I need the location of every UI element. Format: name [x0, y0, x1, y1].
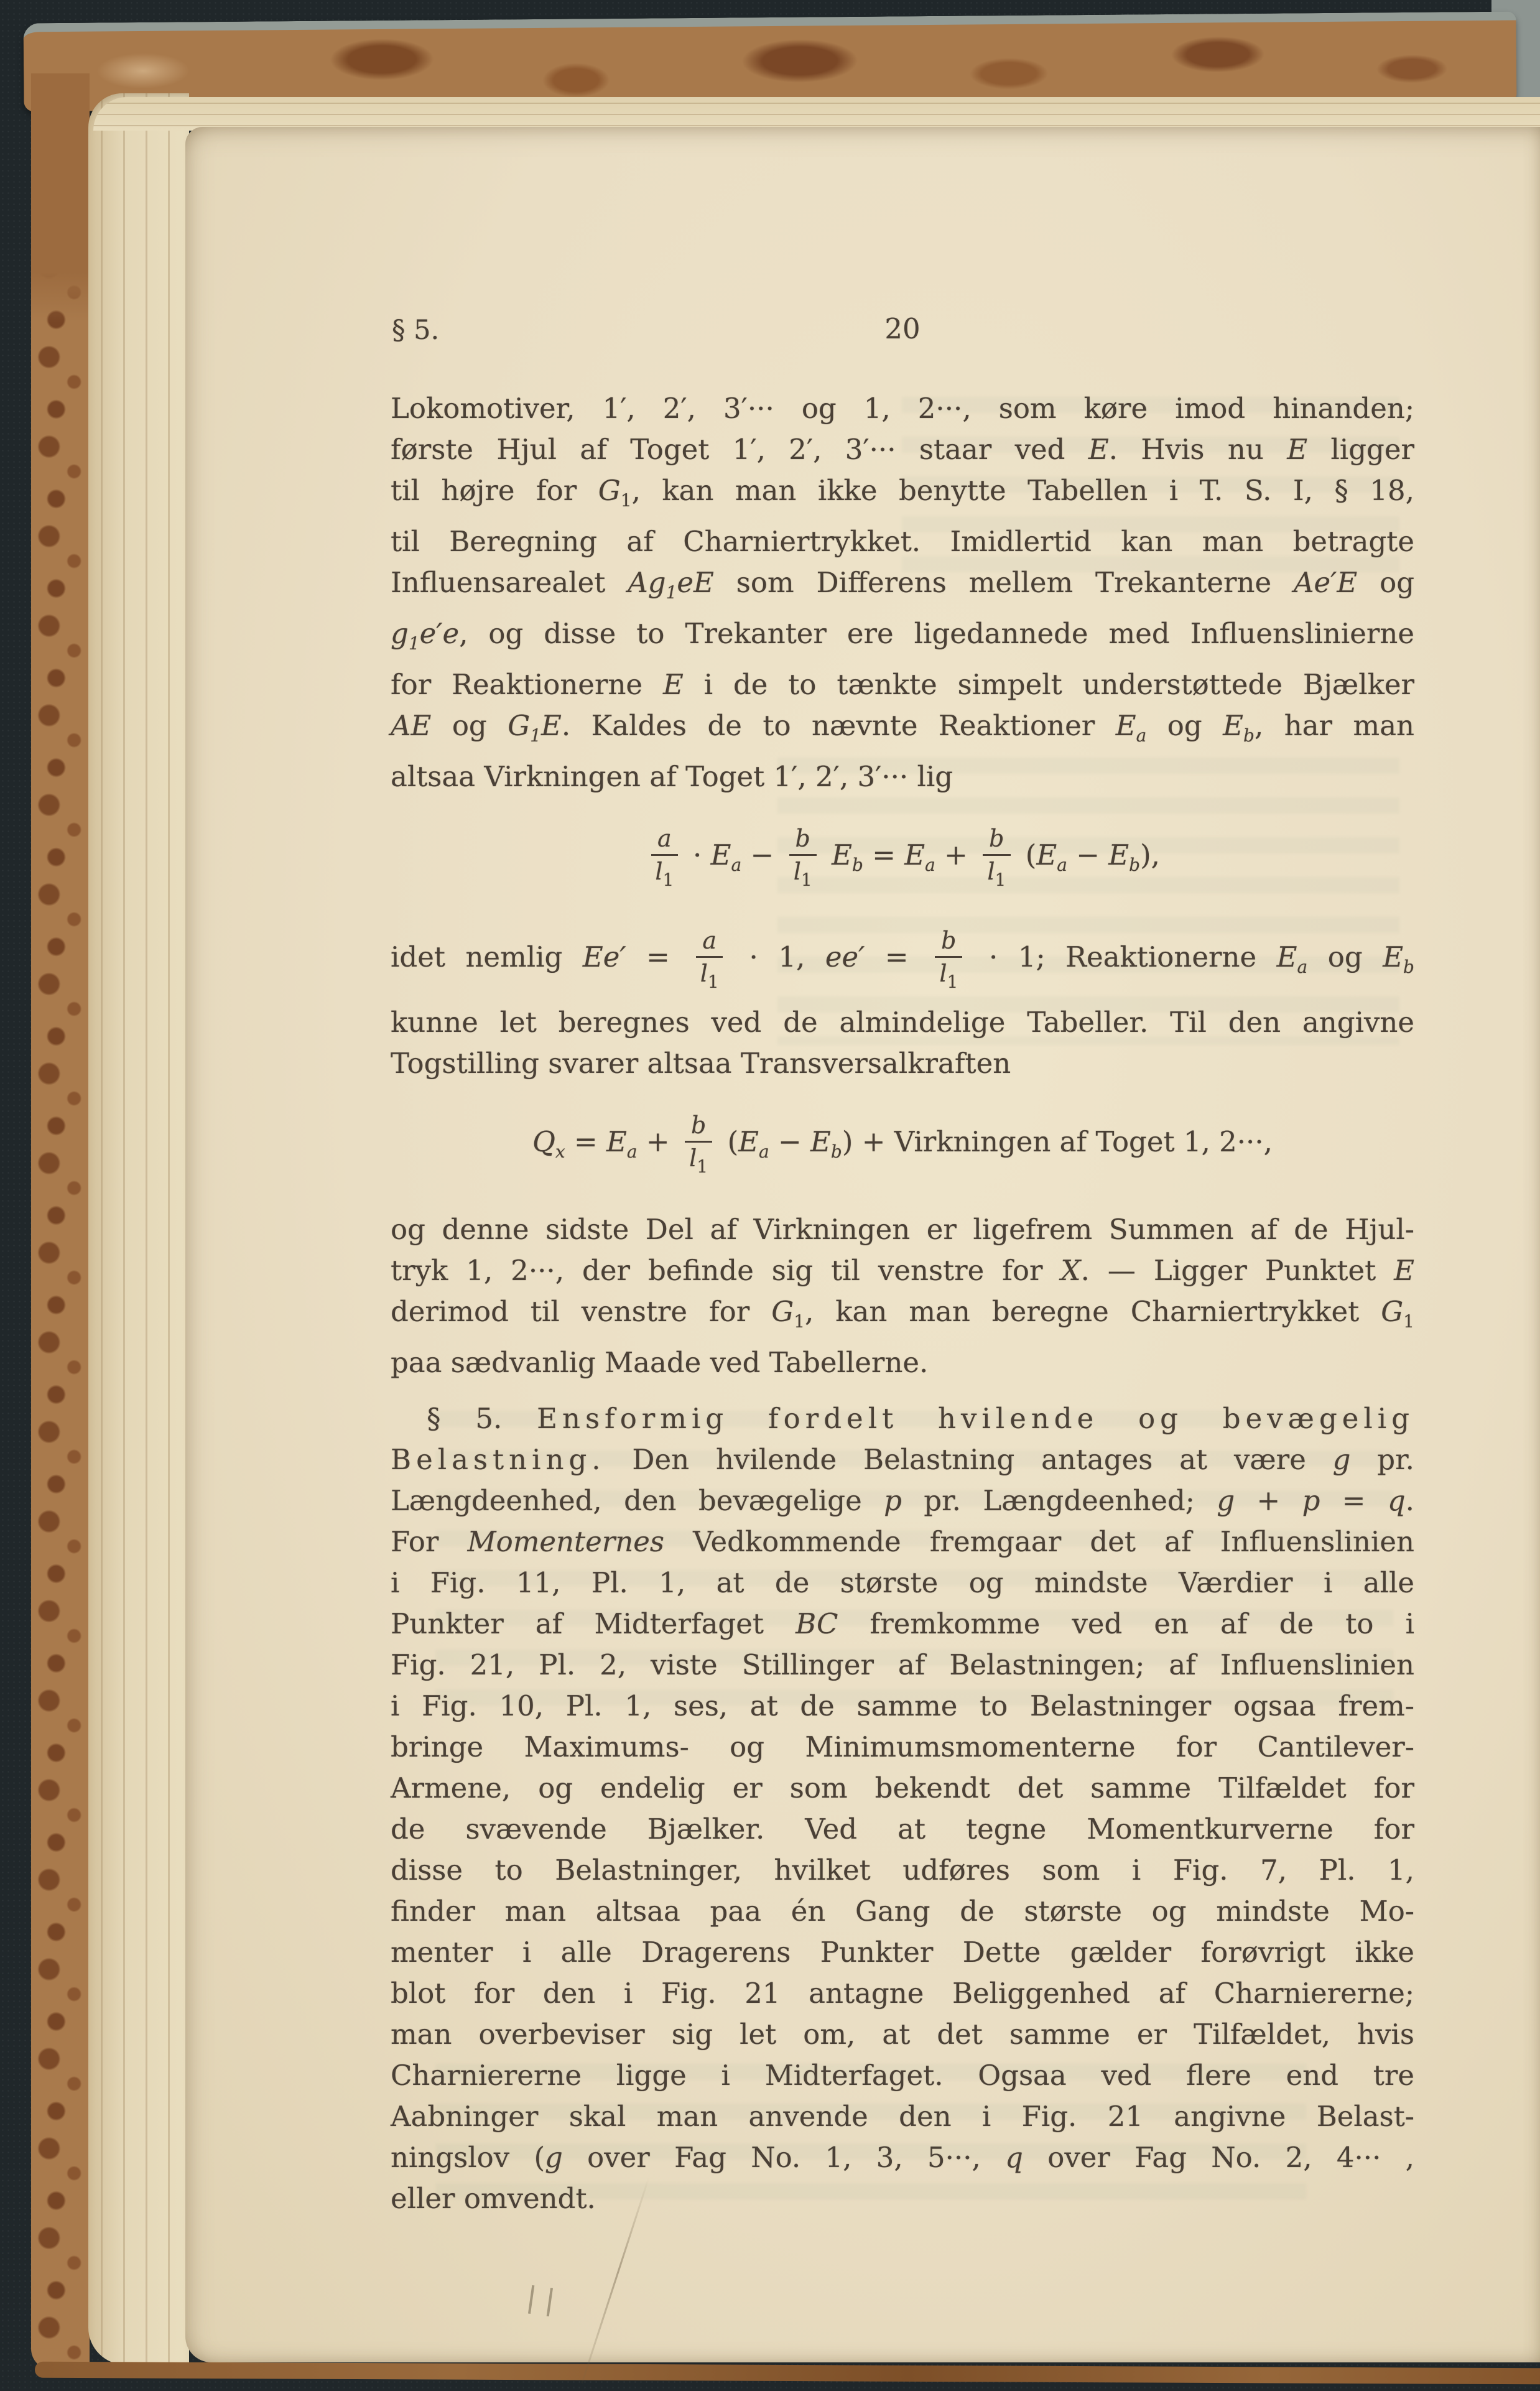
text-run: = [863, 838, 904, 871]
text-run: derimod til venstre for [391, 1295, 771, 1328]
text-line: blot for den i Fig. 21 antagne Beliggenh… [391, 1973, 1414, 2014]
text-run: , kan man beregne Charniertrykket [805, 1295, 1381, 1328]
text-run: Vedkommende fremgaar det af Influenslini… [664, 1525, 1414, 1558]
text-run: = [626, 940, 690, 973]
text-run: E [1394, 1254, 1414, 1287]
text-run: b [1129, 855, 1140, 875]
text-run: G [508, 709, 530, 742]
text-run: ), [1140, 838, 1160, 871]
text-run: b [989, 825, 1004, 852]
text-run: over Fag No. 1, 3, 5···, [563, 2141, 1005, 2174]
fraction-denominator: l1 [987, 856, 1006, 889]
text-run: 1 [995, 870, 1006, 890]
text-line: Punkter af Midterfaget BC fremkomme ved … [391, 1604, 1414, 1645]
text-run: 1 [801, 870, 812, 890]
text-run: 1 [947, 972, 958, 992]
text-run: · [684, 838, 711, 871]
text-run: l [987, 858, 995, 885]
text-line: bringe Maximums- og Minimumsmomenterne f… [391, 1727, 1414, 1768]
text-run: 1 [708, 972, 719, 992]
text-run: a [731, 855, 741, 875]
text-line: kunne let beregnes ved de almindelige Ta… [391, 1002, 1414, 1043]
text-run: + [935, 838, 976, 871]
text-run: . [1406, 1484, 1414, 1517]
text-run: ) + Virkningen af Toget 1, 2···, [842, 1125, 1273, 1158]
text-line: Fig. 21, Pl. 2, viste Stillinger af Bela… [391, 1645, 1414, 1686]
text-run: l [700, 960, 708, 987]
text-run: E [1223, 709, 1243, 742]
text-run: Ag [628, 566, 666, 599]
text-run: som Differens mellem Trekanterne [714, 566, 1294, 599]
text-run: a [759, 1141, 769, 1162]
text-line: Armene, og endelig er som bekendt det sa… [391, 1768, 1414, 1809]
text-run: b [691, 1112, 706, 1139]
text-run: G [598, 474, 621, 507]
text-run: ee′ [825, 940, 865, 973]
text-run: = [865, 940, 929, 973]
text-run: X [1061, 1254, 1081, 1287]
text-run: Længdeenhed, den bevægelige [391, 1484, 884, 1517]
text-line: Charniererne ligge i Midterfaget. Ogsaa … [391, 2055, 1414, 2096]
text-line: derimod til venstre for G1, kan man bere… [391, 1291, 1414, 1342]
fraction: al1 [651, 825, 678, 889]
page-header: § 5. 20 [391, 315, 1414, 361]
text-run: b [1243, 725, 1255, 746]
text-run: 1 [621, 490, 632, 511]
text-run: , og disse to Trekanter ere ligedannede … [459, 617, 1414, 650]
text-line: eller omvendt. [391, 2178, 1414, 2219]
text-line: disse to Belastninger, hvilket udføres s… [391, 1850, 1414, 1891]
text-run: a [627, 1141, 638, 1162]
text-line: Belastning. Den hvilende Belastning anta… [391, 1439, 1414, 1480]
text-run: til højre for [391, 474, 598, 507]
text-run: , kan man ikke benytte Tabellen i T. S. … [632, 474, 1414, 507]
text-run: E [1116, 709, 1136, 742]
text-run: Belastning. [391, 1443, 606, 1476]
text-run: E [1277, 940, 1297, 973]
fraction: bl1 [983, 825, 1010, 889]
text-run: Ensformig fordelt hvilende og bevægelig [537, 1402, 1414, 1435]
text-run: Armene, og endelig er som bekendt det sa… [391, 1771, 1414, 1804]
text-run: § 5. [427, 1402, 537, 1435]
text-run: q [1388, 1484, 1406, 1517]
text-run: til Beregning af Charniertrykket. Imidle… [391, 525, 1414, 558]
text-run: 1 [663, 870, 674, 890]
text-line: første Hjul af Toget 1′, 2′, 3′··· staar… [391, 429, 1414, 470]
fraction: al1 [696, 927, 723, 991]
text-run: finder man altsaa paa én Gang de største… [391, 1895, 1414, 1928]
text-line: paa sædvanlig Maade ved Tabellerne. [391, 1342, 1414, 1383]
text-run: = [1320, 1484, 1387, 1517]
text-run: . Hvis nu [1109, 433, 1287, 466]
text-line: i Fig. 11, Pl. 1, at de største og minds… [391, 1562, 1414, 1604]
text-run: pr. [1350, 1443, 1414, 1476]
text-run: man overbeviser sig let om, at det samme… [391, 2018, 1414, 2051]
text-run: menter i alle Dragerens Punkter Dette gæ… [391, 1936, 1414, 1969]
text-run: . Kaldes de to nævnte Reaktioner [562, 709, 1116, 742]
text-run: a [1297, 957, 1308, 977]
book-cover-spine-left [31, 73, 90, 2370]
text-line: § 5. Ensformig fordelt hvilende og bevæg… [391, 1398, 1414, 1439]
text-run: bringe Maximums- og Minimumsmomenterne f… [391, 1730, 1414, 1763]
text-run: E [1036, 838, 1057, 871]
text-line: AE og G1E. Kaldes de to nævnte Reaktione… [391, 705, 1414, 756]
text-line: g1e′e, og disse to Trekanter ere ligedan… [391, 613, 1414, 664]
text-run: g [391, 617, 409, 650]
text-run: a [657, 825, 672, 852]
text-run: og [1307, 940, 1383, 973]
text-run: q [1005, 2141, 1023, 2174]
text-run: x [555, 1141, 565, 1162]
text-run: disse to Belastninger, hvilket udføres s… [391, 1854, 1414, 1887]
pencil-tick-marks [528, 2285, 553, 2316]
text-run: l [689, 1144, 697, 1172]
text-run: Charniererne ligge i Midterfaget. Ogsaa … [391, 2059, 1414, 2092]
text-line: finder man altsaa paa én Gang de største… [391, 1891, 1414, 1932]
text-run: p [884, 1484, 902, 1517]
text-run: idet nemlig [391, 940, 583, 973]
text-run: − [1067, 838, 1108, 871]
text-run: Ee′ [583, 940, 626, 973]
scan-background: { "header": { "section": "§ 5.", "page_n… [0, 0, 1540, 2391]
text-run: 1 [666, 582, 677, 603]
text-run: b [852, 855, 863, 875]
fraction-numerator: a [696, 927, 723, 958]
text-run: BC [796, 1607, 838, 1640]
text-run: e′e [420, 617, 459, 650]
text-line: Togstilling svarer altsaa Transversalkra… [391, 1043, 1414, 1084]
fraction: bl1 [789, 825, 817, 889]
text-line: idet nemlig Ee′ = al1 · 1, ee′ = bl1 · 1… [391, 922, 1414, 1002]
text-run: 1 [1403, 1311, 1414, 1332]
text-line: ningslov (g over Fag No. 1, 3, 5···, q o… [391, 2137, 1414, 2178]
page-edge-stack-left [88, 93, 189, 2365]
text-run: E [606, 1125, 627, 1158]
text-line: i Fig. 10, Pl. 1, ses, at de samme to Be… [391, 1686, 1414, 1727]
text-line: For Momenternes Vedkommende fremgaar det… [391, 1521, 1414, 1562]
text-run: E [541, 709, 562, 742]
text-run: i de to tænkte simpelt understøttede Bjæ… [684, 668, 1414, 701]
text-run: over Fag No. 2, 4··· , [1023, 2141, 1414, 2174]
text-run: Togstilling svarer altsaa Transversalkra… [391, 1047, 1011, 1080]
body-text: Lokomotiver, 1′, 2′, 3′··· og 1, 2···, s… [391, 388, 1414, 2219]
text-line: de svævende Bjælker. Ved at tegne Moment… [391, 1809, 1414, 1850]
text-run: E [663, 668, 684, 701]
fraction: bl1 [685, 1112, 712, 1176]
text-run: blot for den i Fig. 21 antagne Beliggenh… [391, 1977, 1414, 2010]
text-run: a [925, 855, 935, 875]
text-line: Lokomotiver, 1′, 2′, 3′··· og 1, 2···, s… [391, 388, 1414, 429]
text-run: For [391, 1525, 468, 1558]
book-cover-leather-bottom [35, 2362, 1540, 2385]
fraction-denominator: l1 [700, 958, 719, 991]
text-run: og [431, 709, 508, 742]
text-run: Ae′E [1294, 566, 1357, 599]
page-number: 20 [391, 312, 1414, 345]
text-run: b [831, 1141, 842, 1162]
text-run: de svævende Bjælker. Ved at tegne Moment… [391, 1813, 1414, 1845]
text-run: i Fig. 11, Pl. 1, at de største og minds… [391, 1566, 1414, 1599]
fraction-denominator: l1 [655, 856, 674, 889]
fraction-numerator: b [935, 927, 962, 958]
text-run: + [638, 1125, 679, 1158]
text-run: g [1333, 1443, 1351, 1476]
fraction-numerator: a [651, 825, 678, 856]
display-formula: al1 · Ea − bl1 Eb = Ea + bl1 (Ea − Eb), [391, 797, 1414, 922]
text-run: E [810, 1125, 831, 1158]
text-run: , har man [1255, 709, 1414, 742]
text-run: Punkter af Midterfaget [391, 1607, 796, 1640]
fraction-numerator: b [789, 825, 817, 856]
text-run: g [545, 2141, 563, 2174]
text-run: Q [532, 1125, 555, 1158]
text-run: pr. Længdeenhed; [902, 1484, 1217, 1517]
text-line: til højre for G1, kan man ikke benytte T… [391, 470, 1414, 521]
text-run: tryk 1, 2···, der befinde sig til venstr… [391, 1254, 1061, 1287]
page-edge-stack-top [93, 97, 1540, 131]
text-run: E [1383, 940, 1403, 973]
text-run: i Fig. 10, Pl. 1, ses, at de samme to Be… [391, 1689, 1414, 1722]
text-run: 1 [530, 725, 541, 746]
text-run: · 1, [729, 940, 825, 973]
fraction-denominator: l1 [939, 958, 958, 991]
fraction-denominator: l1 [794, 856, 812, 889]
text-run: og denne sidste Del af Virkningen er lig… [391, 1213, 1414, 1246]
text-run: Fig. 21, Pl. 2, viste Stillinger af Bela… [391, 1648, 1414, 1681]
text-run: AE [391, 709, 431, 742]
text-run: ( [1017, 838, 1037, 871]
text-run: og [1357, 566, 1414, 599]
text-run: . — Ligger Punktet [1081, 1254, 1394, 1287]
text-run: E [904, 838, 925, 871]
text-run: eller omvendt. [391, 2182, 596, 2215]
display-formula: Qx = Ea + bl1 (Ea − Eb) + Virkningen af … [391, 1084, 1414, 1209]
text-run: E [1108, 838, 1129, 871]
text-run: − [741, 838, 782, 871]
text-line: menter i alle Dragerens Punkter Dette gæ… [391, 1932, 1414, 1973]
text-run: p [1302, 1484, 1320, 1517]
text-run: + [1235, 1484, 1302, 1517]
text-line: tryk 1, 2···, der befinde sig til venstr… [391, 1250, 1414, 1291]
text-run: G [1381, 1295, 1403, 1328]
text-run: eE [677, 566, 713, 599]
text-run: E [832, 838, 852, 871]
text-run: · 1; Reaktionerne [968, 940, 1276, 973]
text-run: a [1136, 725, 1147, 746]
text-run [823, 838, 832, 871]
text-run: E [1088, 433, 1109, 466]
text-line: Aabninger skal man anvende den i Fig. 21… [391, 2096, 1414, 2137]
text-run: l [794, 858, 801, 885]
text-line: Influensarealet Ag1eE som Differens mell… [391, 562, 1414, 613]
text-run: ligger [1307, 433, 1414, 466]
fraction-numerator: b [983, 825, 1010, 856]
text-line: altsaa Virkningen af Toget 1′, 2′, 3′···… [391, 756, 1414, 797]
fraction-numerator: b [685, 1112, 712, 1143]
text-run: for Reaktionerne [391, 668, 663, 701]
text-run: fremkomme ved en af de to i [838, 1607, 1414, 1640]
text-run: kunne let beregnes ved de almindelige Ta… [391, 1006, 1414, 1039]
text-run: Influensarealet [391, 566, 628, 599]
text-run: b [941, 927, 956, 954]
text-block: § 5. 20 Lokomotiver, 1′, 2′, 3′··· og 1,… [391, 315, 1414, 2219]
text-run: l [939, 960, 947, 987]
text-line: Længdeenhed, den bevægelige p pr. Længde… [391, 1480, 1414, 1521]
text-run: Lokomotiver, 1′, 2′, 3′··· og 1, 2···, s… [391, 392, 1414, 425]
text-run: altsaa Virkningen af Toget 1′, 2′, 3′···… [391, 760, 953, 793]
text-line: til Beregning af Charniertrykket. Imidle… [391, 521, 1414, 562]
text-line: for Reaktionerne E i de to tænkte simpel… [391, 664, 1414, 705]
fraction-denominator: l1 [689, 1143, 708, 1176]
text-run: ningslov ( [391, 2141, 545, 2174]
fraction: bl1 [935, 927, 962, 991]
text-run: første Hjul af Toget 1′, 2′, 3′··· staar… [391, 433, 1088, 466]
text-run: a [1057, 855, 1067, 875]
text-line: og denne sidste Del af Virkningen er lig… [391, 1209, 1414, 1250]
text-run: − [769, 1125, 810, 1158]
text-run: b [796, 825, 810, 852]
text-line: man overbeviser sig let om, at det samme… [391, 2014, 1414, 2055]
text-run: paa sædvanlig Maade ved Tabellerne. [391, 1346, 928, 1379]
text-run: Momenternes [468, 1525, 664, 1558]
text-run: ( [718, 1125, 738, 1158]
text-run: E [711, 838, 731, 871]
text-run: Den hvilende Belastning antages at være [606, 1443, 1333, 1476]
text-run: 1 [697, 1156, 708, 1177]
text-run: og [1146, 709, 1223, 742]
text-run: l [655, 858, 662, 885]
text-run: 1 [409, 633, 420, 654]
text-run: b [1403, 957, 1414, 977]
text-run: g [1217, 1484, 1235, 1517]
text-run: Aabninger skal man anvende den i Fig. 21… [391, 2100, 1414, 2133]
text-run: 1 [794, 1311, 805, 1332]
text-run: G [771, 1295, 794, 1328]
text-run: E [738, 1125, 759, 1158]
text-run: = [565, 1125, 606, 1158]
text-run: a [702, 927, 717, 954]
text-run: E [1287, 433, 1307, 466]
